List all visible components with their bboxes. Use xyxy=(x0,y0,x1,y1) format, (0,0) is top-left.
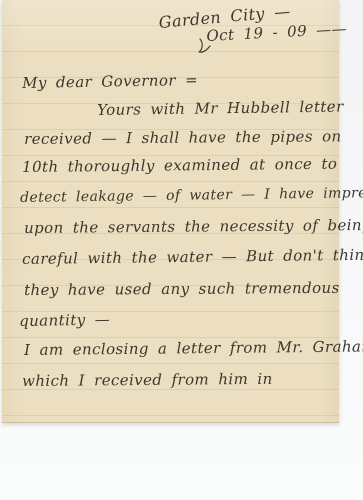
letter-paper: Garden City — Oct 19 - 09 —— My dear Gov… xyxy=(2,0,339,423)
scanned-letter-background: Garden City — Oct 19 - 09 —— My dear Gov… xyxy=(0,0,363,500)
letter-line: quantity — xyxy=(19,310,110,331)
letter-line: Yours with Mr Hubbell letter xyxy=(97,98,344,120)
letter-line: they have used any such tremendous xyxy=(24,279,340,300)
letter-line: upon the servants the necessity of being xyxy=(24,216,363,238)
letter-line: I am enclosing a letter from Mr. Graham xyxy=(24,337,363,360)
letter-line: 10th thoroughly examined at once to xyxy=(22,155,337,177)
letter-line: careful with the water — But don't think xyxy=(22,246,363,269)
letter-line: detect leakage — of water — I have impre… xyxy=(20,184,363,208)
letter-line: received — I shall have the pipes on xyxy=(24,127,342,149)
letter-line: which I received from him in xyxy=(22,370,273,391)
letter-salutation: My dear Governor = xyxy=(22,71,198,93)
